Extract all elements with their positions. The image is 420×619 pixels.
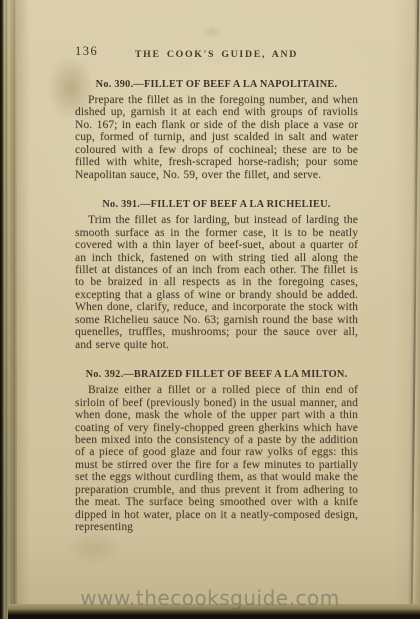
running-title: THE COOK'S GUIDE, AND: [135, 49, 298, 60]
recipe-391-title: No. 391.—FILLET OF BEEF A LA RICHELIEU.: [75, 199, 358, 210]
recipe-390-body: Prepare the fillet as in the foregoing n…: [75, 94, 358, 181]
book-page-edges: [0, 0, 17, 619]
recipe-391: No. 391.—FILLET OF BEEF A LA RICHELIEU. …: [75, 199, 358, 351]
recipe-390-title: No. 390.—FILLET OF BEEF A LA NAPOLITAINE…: [75, 79, 358, 90]
book-photograph: 136 THE COOK'S GUIDE, AND No. 390.—FILLE…: [0, 0, 420, 619]
page-number: 136: [75, 44, 98, 59]
recipe-390: No. 390.—FILLET OF BEEF A LA NAPOLITAINE…: [75, 79, 358, 181]
book-page: 136 THE COOK'S GUIDE, AND No. 390.—FILLE…: [16, 0, 420, 606]
recipe-392: No. 392.—BRAIZED FILLET OF BEEF A LA MIL…: [75, 369, 358, 533]
recipe-391-body: Trim the fillet as for larding, but inst…: [75, 214, 358, 351]
page-content: 136 THE COOK'S GUIDE, AND No. 390.—FILLE…: [16, 0, 420, 534]
recipe-392-title: No. 392.—BRAIZED FILLET OF BEEF A LA MIL…: [75, 369, 358, 380]
recipe-392-body: Braize either a fillet or a rolled piece…: [75, 384, 358, 533]
page-header: 136 THE COOK'S GUIDE, AND: [75, 44, 358, 59]
book-bottom-edge: [8, 604, 420, 619]
